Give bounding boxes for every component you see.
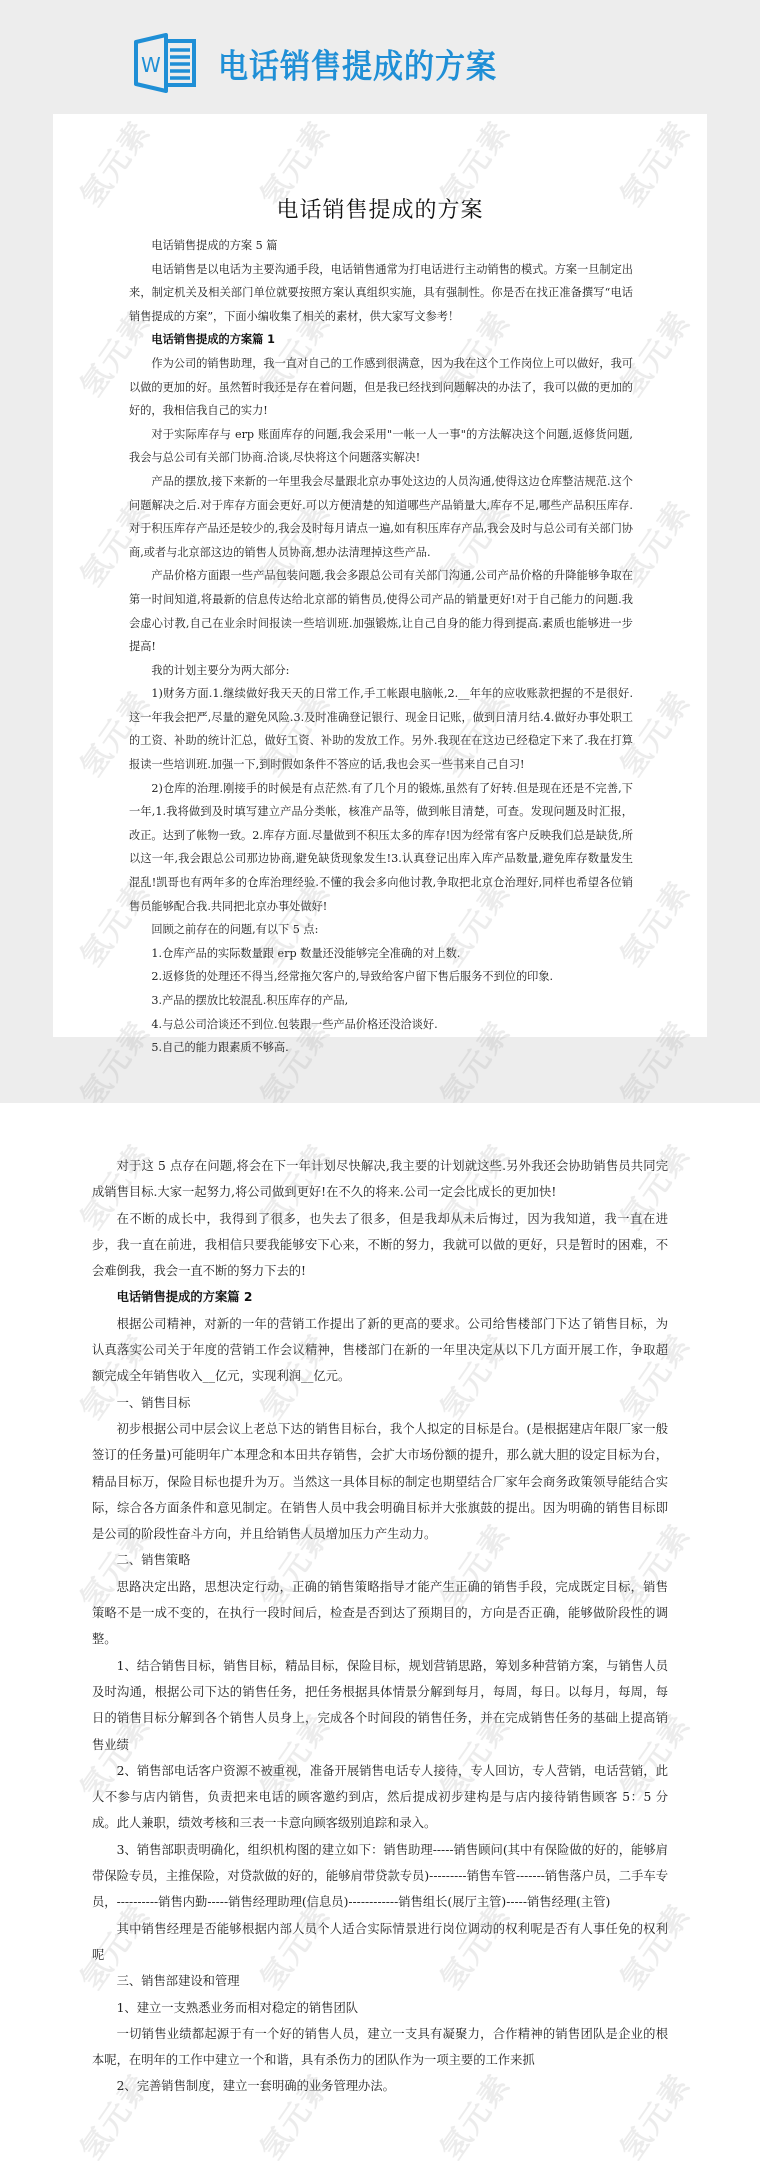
list-item: 3.产品的摆放比较混乱.积压库存的产品,	[129, 989, 633, 1013]
page-1-body: 电话销售提成的方案 5 篇电话销售是以电话为主要沟通手段，电话销售通常为打电话进…	[129, 234, 633, 1060]
section-heading: 电话销售提成的方案篇 2	[92, 1284, 668, 1310]
paragraph: 回顾之前存在的问题,有以下 5 点:	[129, 918, 633, 942]
header-title: 电话销售提成的方案	[218, 39, 497, 87]
paragraph: 根据公司精神，对新的一年的营销工作提出了新的更高的要求。公司给售楼部门下达了销售…	[92, 1311, 668, 1390]
svg-text:W: W	[141, 53, 161, 77]
list-item: 4.与总公司洽谈还不到位.包装跟一些产品价格还没洽谈好.	[129, 1013, 633, 1037]
paragraph: 初步根据公司中层会议上老总下达的销售目标台，我个人拟定的目标是台。(是根据建店年…	[92, 1416, 668, 1547]
document-page-2: 对于这 5 点存在问题,将会在下一年计划尽快解决,我主要的计划就这些.另外我还会…	[0, 1103, 760, 2178]
paragraph: 一切销售业绩都起源于有一个好的销售人员，建立一支具有凝聚力，合作精神的销售团队是…	[92, 2021, 668, 2074]
list-item: 2.返修货的处理还不得当,经常拖欠客户的,导致给客户留下售后服务不到位的印象.	[129, 965, 633, 989]
paragraph: 1)财务方面.1.继续做好我天天的日常工作,手工帐跟电脑帐,2.__年年的应收账…	[129, 682, 633, 776]
paragraph: 作为公司的销售助理，我一直对自己的工作感到很满意，因为我在这个工作岗位上可以做好…	[129, 352, 633, 423]
paragraph: 二、销售策略	[92, 1547, 668, 1573]
paragraph: 2、销售部电话客户资源不被重视，准备开展销售电话专人接待，专人回访，专人营销，电…	[92, 1758, 668, 1837]
paragraph: 2)仓库的治理.刚接手的时候是有点茫然.有了几个月的锻炼,虽然有了好转.但是现在…	[129, 777, 633, 919]
paragraph: 其中销售经理是否能够根据内部人员个人适合实际情景进行岗位调动的权利呢是否有人事任…	[92, 1916, 668, 1969]
document-header: W 电话销售提成的方案	[132, 33, 497, 93]
paragraph: 2、完善销售制度，建立一套明确的业务管理办法。	[92, 2073, 668, 2099]
list-item: 5.自己的能力跟素质不够高.	[129, 1036, 633, 1060]
paragraph: 3、销售部职责明确化，组织机构图的建立如下：销售助理-----销售顾问(其中有保…	[92, 1837, 668, 1916]
paragraph: 三、销售部建设和管理	[92, 1968, 668, 1994]
paragraph: 一、销售目标	[92, 1390, 668, 1416]
paragraph: 1、建立一支熟悉业务而相对稳定的销售团队	[92, 1995, 668, 2021]
paragraph: 1、结合销售目标，销售目标，精品目标，保险目标，规划营销思路，筹划多种营销方案，…	[92, 1653, 668, 1758]
list-item: 1.仓库产品的实际数量跟 erp 数量还没能够完全准确的对上数.	[129, 942, 633, 966]
paragraph: 电话销售提成的方案 5 篇	[129, 234, 633, 258]
paragraph: 对于实际库存与 erp 账面库存的问题,我会采用"一帐一人一事"的方法解决这个问…	[129, 423, 633, 470]
paragraph: 产品的摆放,接下来新的一年里我会尽量跟北京办事处这边的人员沟通,使得这边仓库整洁…	[129, 470, 633, 564]
word-document-icon: W	[132, 32, 198, 94]
cover-section: W 电话销售提成的方案 电话销售提成的方案 电话销售提成的方案 5 篇电话销售是…	[0, 0, 760, 1103]
section-heading: 电话销售提成的方案篇 1	[129, 328, 633, 352]
document-page-1: 电话销售提成的方案 电话销售提成的方案 5 篇电话销售是以电话为主要沟通手段，电…	[53, 114, 707, 1037]
paragraph: 思路决定出路，思想决定行动，正确的销售策略指导才能产生正确的销售手段，完成既定目…	[92, 1574, 668, 1653]
paragraph: 对于这 5 点存在问题,将会在下一年计划尽快解决,我主要的计划就这些.另外我还会…	[92, 1153, 668, 1206]
document-title: 电话销售提成的方案	[53, 193, 707, 224]
page-2-body: 对于这 5 点存在问题,将会在下一年计划尽快解决,我主要的计划就这些.另外我还会…	[92, 1153, 668, 2100]
paragraph: 电话销售是以电话为主要沟通手段，电话销售通常为打电话进行主动销售的模式。方案一旦…	[129, 258, 633, 329]
paragraph: 我的计划主要分为两大部分:	[129, 659, 633, 683]
paragraph: 在不断的成长中，我得到了很多，也失去了很多，但是我却从未后悔过，因为我知道，我一…	[92, 1206, 668, 1285]
paragraph: 产品价格方面跟一些产品包装问题,我会多跟总公司有关部门沟通,公司产品价格的升降能…	[129, 564, 633, 658]
